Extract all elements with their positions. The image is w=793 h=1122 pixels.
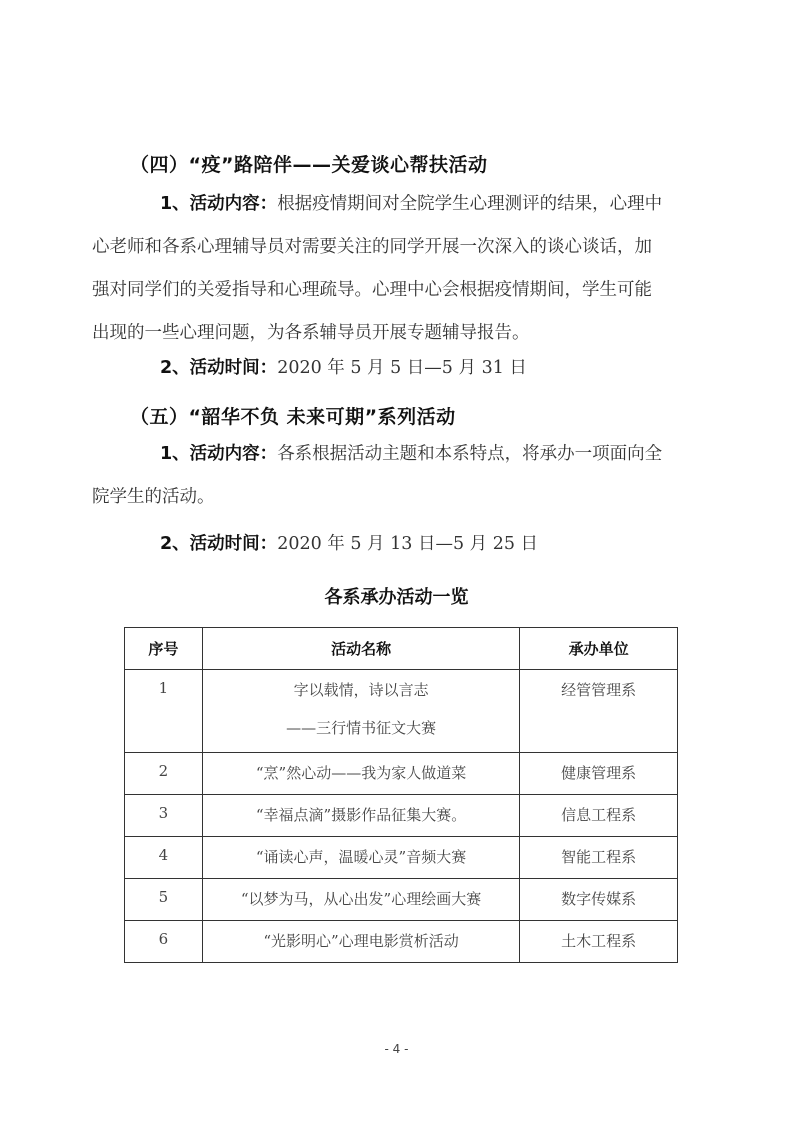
cell-number: 4 bbox=[125, 837, 203, 879]
time-value: 2020 年 5 月 5 日—5 月 31 日 bbox=[277, 358, 527, 378]
section-5-time: 2、活动时间：2020 年 5 月 13 日—5 月 25 日 bbox=[92, 523, 712, 566]
section-4-content: 1、活动内容：根据疫情期间对全院学生心理测评的结果，心理中 心老师和各系心理辅导… bbox=[92, 183, 712, 355]
table-row: 5 “以梦为马，从心出发”心理绘画大赛 数字传媒系 bbox=[125, 879, 678, 921]
cell-number: 2 bbox=[125, 753, 203, 795]
cell-activity-name: “烹”然心动——我为家人做道菜 bbox=[202, 753, 519, 795]
cell-activity-name: “诵读心声，温暖心灵”音频大赛 bbox=[202, 837, 519, 879]
section-5-content: 1、活动内容：各系根据活动主题和本系特点，将承办一项面向全 院学生的活动。 bbox=[92, 433, 712, 519]
activity-name-line: 字以载情，诗以言志 bbox=[203, 675, 519, 705]
cell-number: 1 bbox=[125, 670, 203, 753]
time-label: 2、活动时间： bbox=[160, 534, 277, 554]
activities-table: 序号 活动名称 承办单位 1 字以载情，诗以言志 ——三行情书征文大赛 经管管理… bbox=[124, 627, 678, 963]
content-line: 强对同学们的关爱指导和心理疏导。心理中心会根据疫情期间，学生可能 bbox=[92, 269, 712, 312]
content-line: 1、活动内容：各系根据活动主题和本系特点，将承办一项面向全 bbox=[92, 433, 712, 476]
content-text: 根据疫情期间对全院学生心理测评的结果，心理中 bbox=[277, 194, 662, 214]
header-activity-name: 活动名称 bbox=[202, 628, 519, 670]
table-row: 3 “幸福点滴”摄影作品征集大赛。 信息工程系 bbox=[125, 795, 678, 837]
section-4-time: 2、活动时间：2020 年 5 月 5 日—5 月 31 日 bbox=[92, 347, 712, 390]
cell-organizer: 智能工程系 bbox=[520, 837, 678, 879]
cell-organizer: 信息工程系 bbox=[520, 795, 678, 837]
time-line: 2、活动时间：2020 年 5 月 13 日—5 月 25 日 bbox=[92, 523, 712, 566]
table-title: 各系承办活动一览 bbox=[0, 583, 793, 609]
time-line: 2、活动时间：2020 年 5 月 5 日—5 月 31 日 bbox=[92, 347, 712, 390]
cell-organizer: 数字传媒系 bbox=[520, 879, 678, 921]
table-row: 6 “光影明心”心理电影赏析活动 土木工程系 bbox=[125, 921, 678, 963]
content-line: 1、活动内容：根据疫情期间对全院学生心理测评的结果，心理中 bbox=[92, 183, 712, 226]
content-line: 心老师和各系心理辅导员对需要关注的同学开展一次深入的谈心谈话，加 bbox=[92, 226, 712, 269]
cell-organizer: 经管管理系 bbox=[520, 670, 678, 753]
cell-organizer: 土木工程系 bbox=[520, 921, 678, 963]
table-row: 1 字以载情，诗以言志 ——三行情书征文大赛 经管管理系 bbox=[125, 670, 678, 753]
content-label: 1、活动内容： bbox=[160, 194, 277, 214]
section-4-heading: （四）“疫”路陪伴——关爱谈心帮扶活动 bbox=[130, 150, 487, 177]
cell-number: 6 bbox=[125, 921, 203, 963]
cell-activity-name: “光影明心”心理电影赏析活动 bbox=[202, 921, 519, 963]
cell-activity-name: “以梦为马，从心出发”心理绘画大赛 bbox=[202, 879, 519, 921]
cell-activity-name: 字以载情，诗以言志 ——三行情书征文大赛 bbox=[202, 670, 519, 753]
cell-organizer: 健康管理系 bbox=[520, 753, 678, 795]
section-5-heading: （五）“韶华不负 未来可期”系列活动 bbox=[130, 402, 456, 429]
header-number: 序号 bbox=[125, 628, 203, 670]
cell-activity-name: “幸福点滴”摄影作品征集大赛。 bbox=[202, 795, 519, 837]
cell-number: 3 bbox=[125, 795, 203, 837]
header-organizer: 承办单位 bbox=[520, 628, 678, 670]
content-text: 各系根据活动主题和本系特点，将承办一项面向全 bbox=[277, 444, 662, 464]
table-header-row: 序号 活动名称 承办单位 bbox=[125, 628, 678, 670]
table-row: 2 “烹”然心动——我为家人做道菜 健康管理系 bbox=[125, 753, 678, 795]
time-value: 2020 年 5 月 13 日—5 月 25 日 bbox=[277, 534, 538, 554]
content-line: 院学生的活动。 bbox=[92, 476, 712, 519]
table-row: 4 “诵读心声，温暖心灵”音频大赛 智能工程系 bbox=[125, 837, 678, 879]
time-label: 2、活动时间： bbox=[160, 358, 277, 378]
cell-number: 5 bbox=[125, 879, 203, 921]
content-label: 1、活动内容： bbox=[160, 444, 277, 464]
activity-name-line: ——三行情书征文大赛 bbox=[203, 713, 519, 743]
page-number: - 4 - bbox=[0, 1042, 793, 1056]
